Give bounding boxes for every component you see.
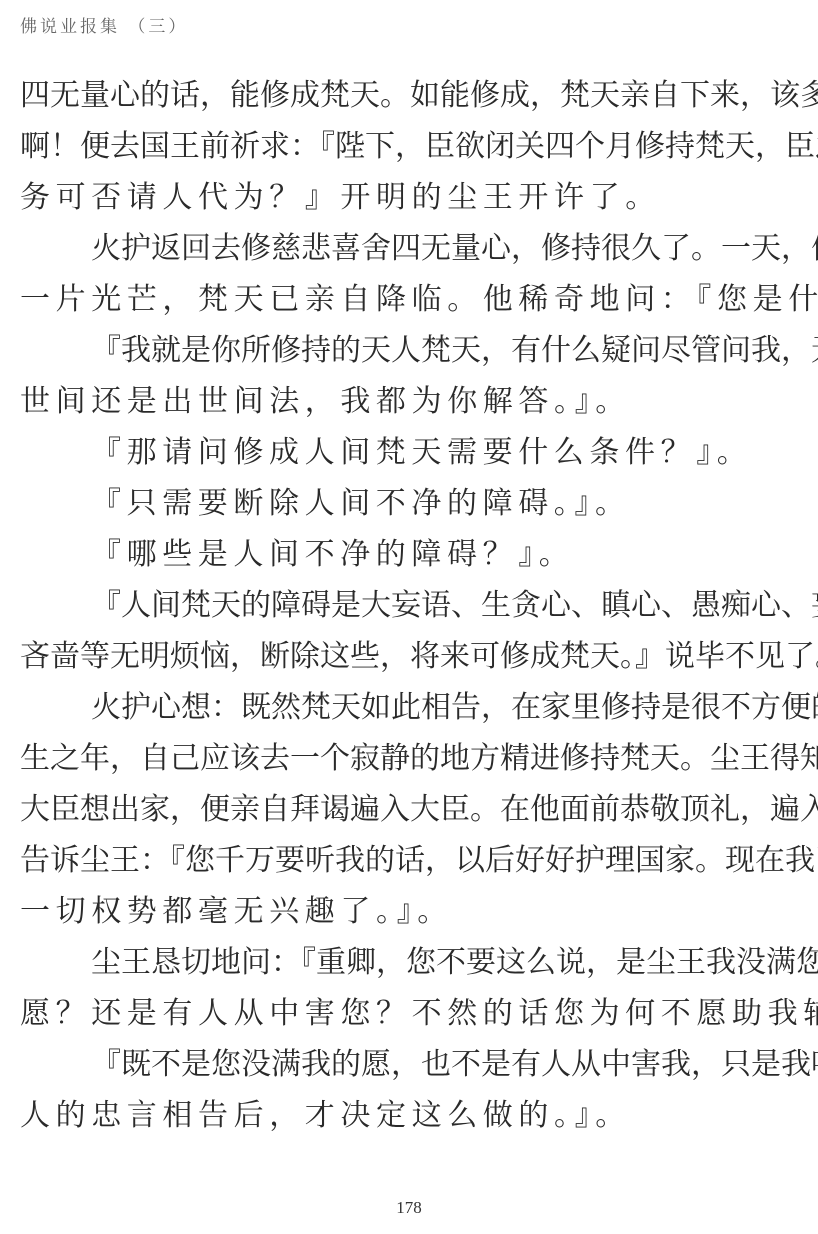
text-line: 愿？还是有人从中害您？不然的话您为何不愿助我辅政？』。 — [20, 988, 804, 1039]
text-line: 『只需要断除人间不净的障碍。』。 — [20, 478, 804, 529]
text-line: 火护心想：既然梵天如此相告，在家里修持是很不方便的，有 — [20, 682, 804, 733]
text-line: 告诉尘王：『您千万要听我的话，以后好好护理国家。现在我已对 — [20, 835, 804, 886]
text-line: 大臣想出家，便亲自拜谒遍入大臣。在他面前恭敬顶礼，遍入大臣 — [20, 784, 804, 835]
text-line: 世间还是出世间法，我都为你解答。』。 — [20, 376, 804, 427]
text-line: 『哪些是人间不净的障碍？』。 — [20, 529, 804, 580]
text-line: 吝啬等无明烦恼，断除这些，将来可修成梵天。』说毕不见了。 — [20, 631, 804, 682]
text-line: 尘王恳切地问：『重卿，您不要这么说，是尘王我没满您的 — [20, 937, 804, 988]
text-line: 『那请问修成人间梵天需要什么条件？』。 — [20, 427, 804, 478]
page-body: 四无量心的话，能修成梵天。如能修成，梵天亲自下来，该多好 啊！便去国王前祈求：『… — [20, 70, 804, 1141]
text-line: 生之年，自己应该去一个寂静的地方精进修持梵天。尘王得知遍入 — [20, 733, 804, 784]
text-line: 啊！便去国王前祈求：『陛下，臣欲闭关四个月修持梵天，臣之事 — [20, 121, 804, 172]
text-line: 人的忠言相告后，才决定这么做的。』。 — [20, 1090, 804, 1141]
text-line: 一切权势都毫无兴趣了。』。 — [20, 886, 804, 937]
text-line: 『人间梵天的障碍是大妄语、生贪心、瞋心、愚痴心、妄想和 — [20, 580, 804, 631]
running-header: 佛说业报集 （三） — [20, 12, 188, 37]
text-line: 『既不是您没满我的愿，也不是有人从中害我，只是我听了非 — [20, 1039, 804, 1090]
text-line: 火护返回去修慈悲喜舍四无量心，修持很久了。一天，他周围 — [20, 223, 804, 274]
text-line: 一片光芒，梵天已亲自降临。他稀奇地问：『您是什么人？』。 — [20, 274, 804, 325]
page-number: 178 — [0, 1198, 818, 1218]
text-line: 『我就是你所修持的天人梵天，有什么疑问尽管问我，无论是 — [20, 325, 804, 376]
text-line: 四无量心的话，能修成梵天。如能修成，梵天亲自下来，该多好 — [20, 70, 804, 121]
text-line: 务可否请人代为？』开明的尘王开许了。 — [20, 172, 804, 223]
